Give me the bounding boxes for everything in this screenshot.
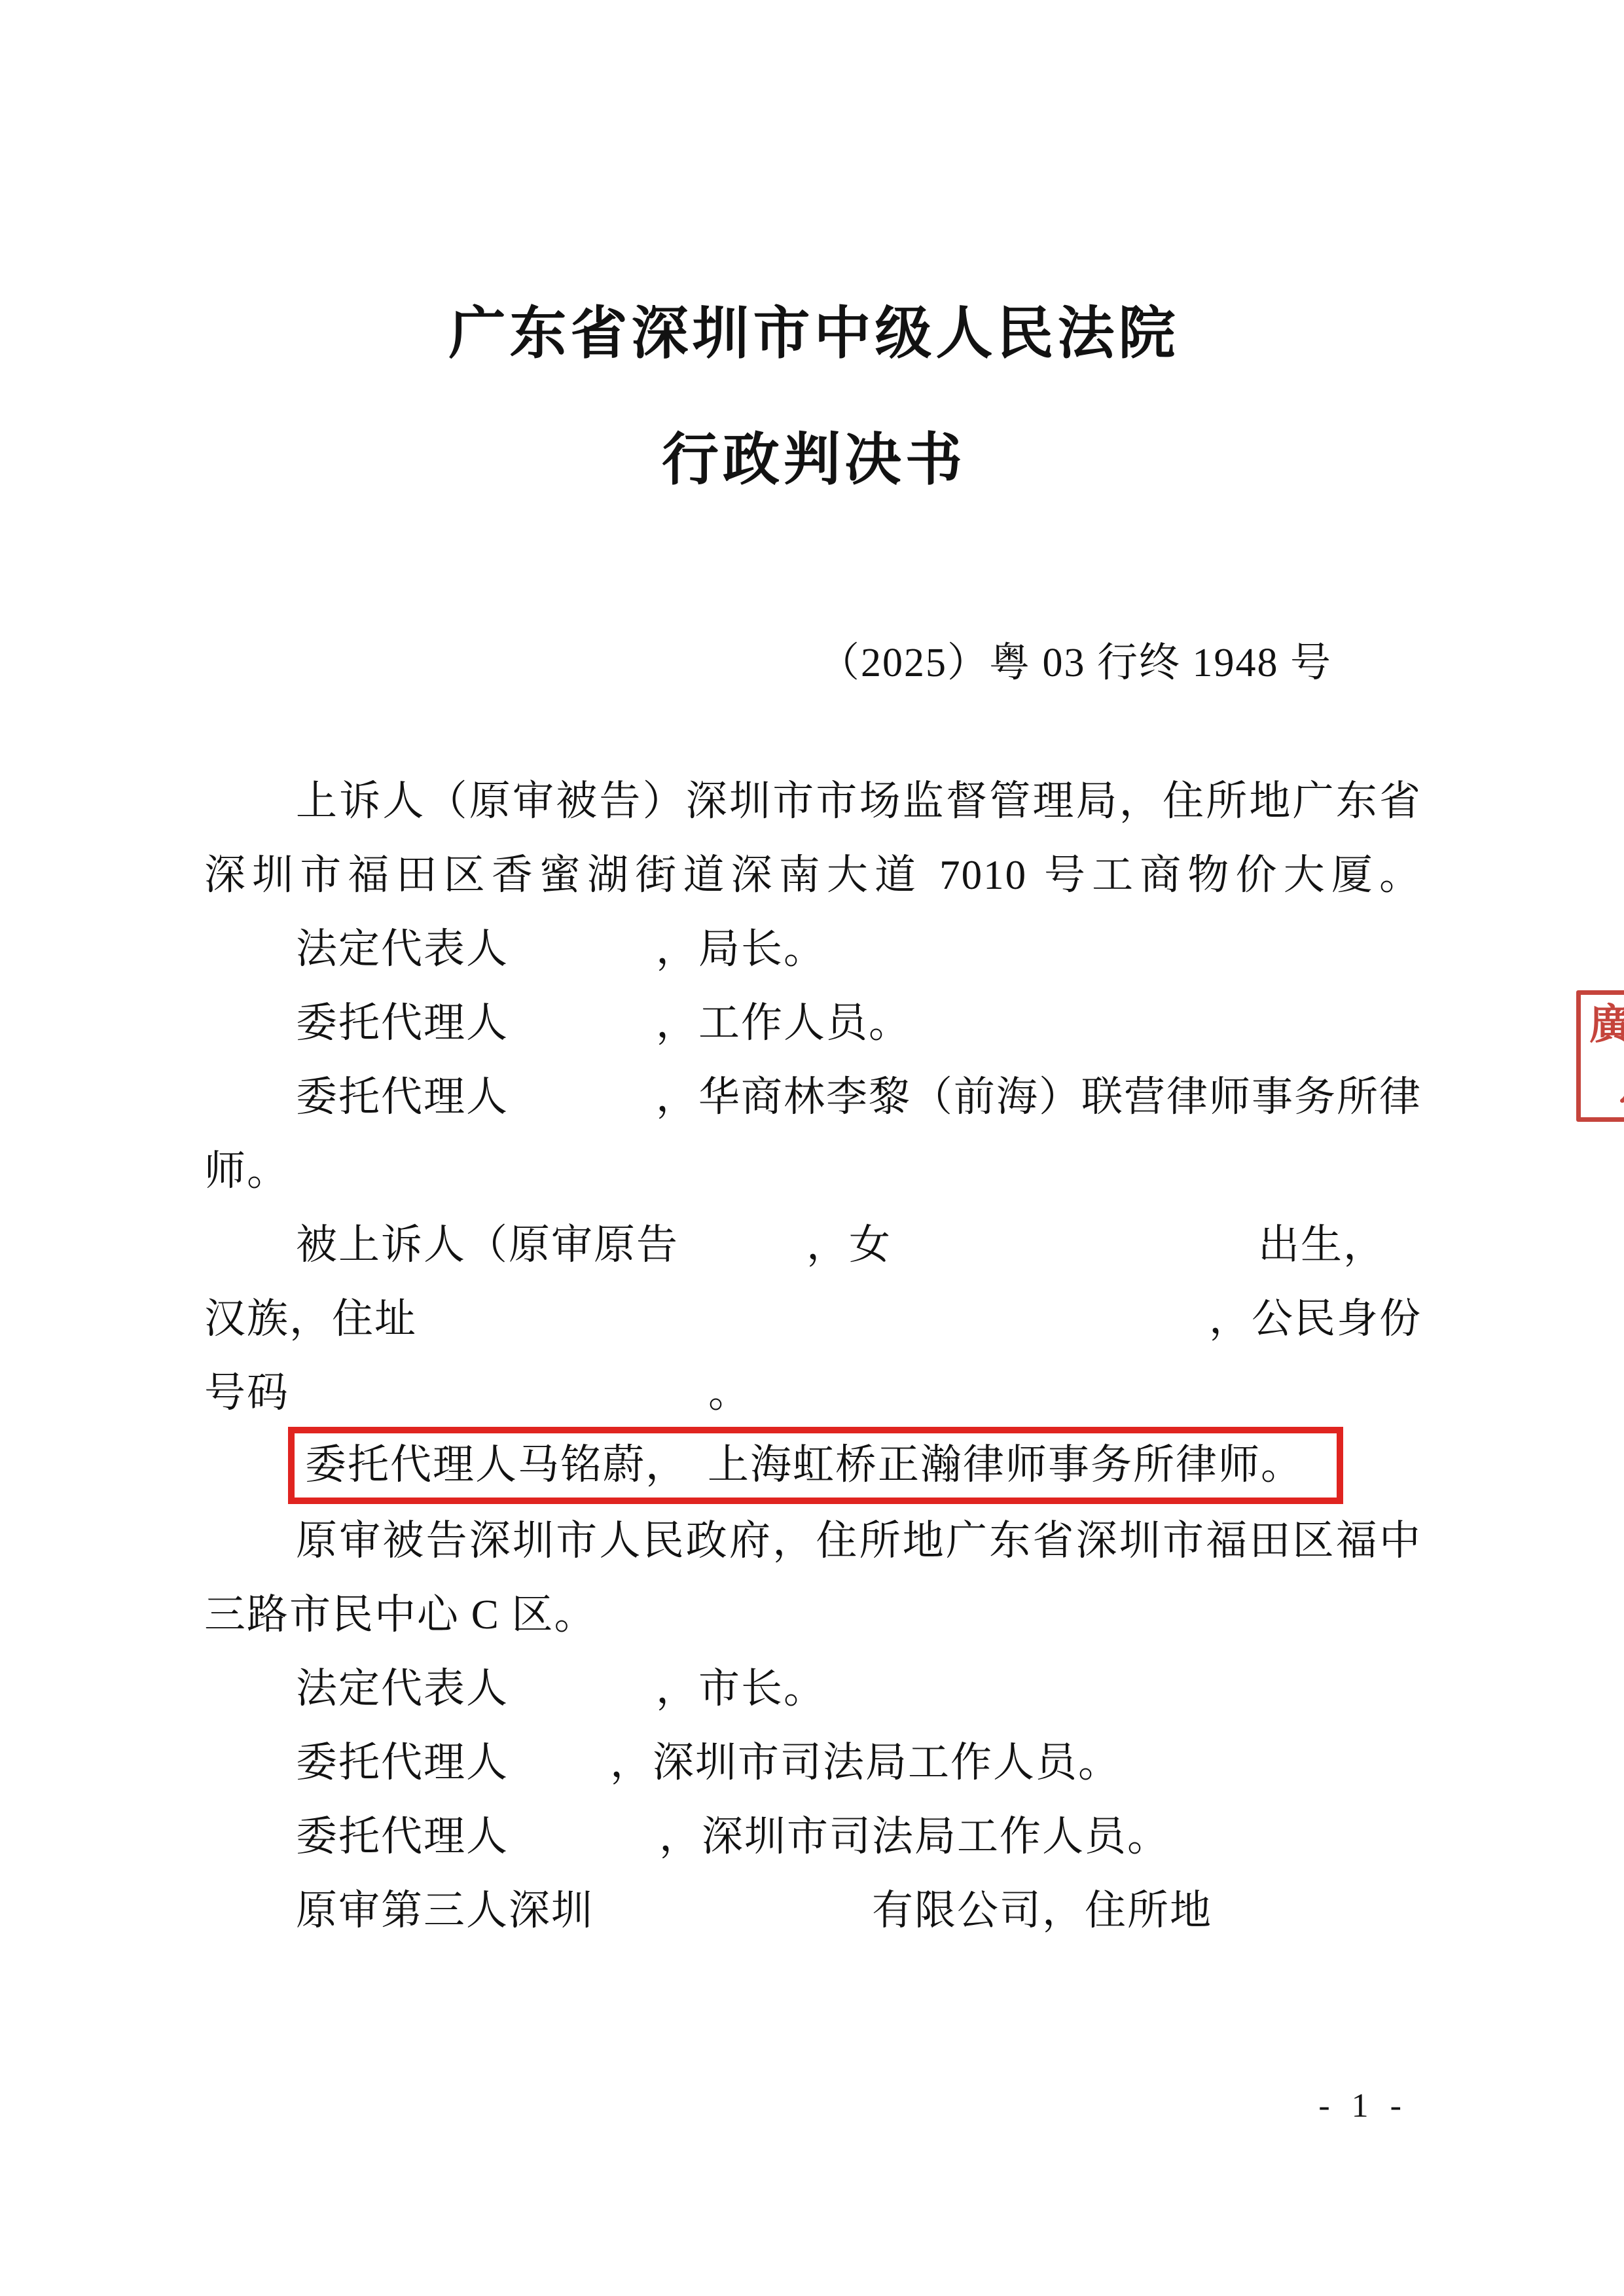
body-line: 原审被告深圳市人民政府，住所地广东省深圳市福田区福中 [204,1504,1422,1578]
body-text: ，局长。 [656,926,826,972]
body-line: 师。 [204,1134,1422,1208]
redacted-gap [688,1478,708,1479]
body-text: ，女 [806,1222,892,1268]
body-text: ，公民身份 [1209,1296,1422,1342]
redacted-gap [509,962,656,963]
judgment-document-page: 广东省深圳市中级人民法院 行政判决书 （2025）粤 03 行终 1948 号 … [0,0,1624,2296]
body-text: 上海虹桥正瀚律师事务所律师。 [708,1442,1303,1488]
body-line: 法定代表人，局长。 [204,912,1422,986]
body-line: 委托代理人，工作人员。 [204,986,1422,1060]
body-text: 上诉人（原审被告）深圳市市场监督管理局，住所地广东省 [296,778,1422,824]
body-text: ，深圳市司法局工作人员。 [610,1740,1121,1785]
body-text: ，工作人员。 [656,1000,911,1046]
redacted-gap [509,1110,656,1111]
redacted-gap [679,1258,806,1259]
body-line: 被上诉人（原审原告，女出生， [204,1208,1422,1282]
body-text: 被上诉人（原审原告 [296,1222,679,1268]
body-text: 原审第三人深圳 [296,1888,594,1933]
body-text: 委托代理人 [296,1814,509,1859]
body-line: 上诉人（原审被告）深圳市市场监督管理局，住所地广东省 [204,764,1422,838]
body-text: 委托代理人 [296,1074,509,1120]
body-text: 委托代理人 [296,1000,509,1046]
page-number: - 1 - [1318,2087,1408,2125]
body-line: 委托代理人，深圳市司法局工作人员。 [204,1726,1422,1800]
redacted-gap [289,1406,708,1407]
highlighted-body-line: 委托代理人马铭蔚，上海虹桥正瀚律师事务所律师。 [288,1427,1343,1504]
body-text: 三路市民中心 C 区。 [204,1592,597,1638]
body-text: 委托代理人 [296,1740,509,1785]
redacted-gap [417,1332,1209,1333]
body-text: 法定代表人 [296,926,509,972]
redacted-gap [509,1702,656,1702]
redacted-gap [594,1924,872,1924]
body-text: 有限公司，住所地 [872,1888,1212,1933]
redacted-gap [509,1036,656,1037]
body-text: 委托代理人马铭蔚， [305,1442,688,1488]
body-text: ，市长。 [656,1666,826,1712]
body-line: 原审第三人深圳有限公司，住所地 [204,1874,1422,1948]
body-line: 委托代理人，深圳市司法局工作人员。 [204,1800,1422,1874]
body-line: 汉族，住址，公民身份 [204,1282,1422,1356]
body-text: 汉族，住址 [204,1296,417,1342]
case-number: （2025）粤 03 行终 1948 号 [819,630,1332,688]
court-name-title: 广东省深圳市中级人民法院 [0,302,1624,365]
body-text: 出生， [1258,1222,1386,1268]
seal-text-row1: 廣東 [1589,1003,1624,1047]
body-text: ，华商林李黎（前海）联营律师事务所律 [656,1074,1422,1120]
body-text: 原审被告深圳市人民政府，住所地广东省深圳市福田区福中 [296,1518,1422,1564]
body-text: 号码 [204,1370,289,1416]
document-body: 上诉人（原审被告）深圳市市场监督管理局，住所地广东省深圳市福田区香蜜湖街道深南大… [204,764,1422,1956]
body-line: 三路市民中心 C 区。 [204,1578,1422,1652]
redacted-gap [509,1776,610,1776]
body-text: 。 [708,1370,751,1416]
body-line: 号码。 [204,1356,1422,1430]
official-red-seal: 廣東 馬 [1576,990,1624,1122]
body-text: ，深圳市司法局工作人员。 [659,1814,1170,1859]
body-line: 法定代表人，市长。 [204,1652,1422,1726]
body-line: 委托代理人，华商林李黎（前海）联营律师事务所律 [204,1060,1422,1134]
body-text: 师。 [204,1148,289,1194]
body-text: 深圳市福田区香蜜湖街道深南大道 7010 号工商物价大厦。 [204,852,1422,898]
seal-text-row2: 馬 [1619,1065,1624,1109]
body-text: 法定代表人 [296,1666,509,1712]
redacted-gap [509,1850,659,1850]
document-type-title: 行政判决书 [0,429,1624,492]
redacted-gap [892,1258,1258,1259]
body-line: 深圳市福田区香蜜湖街道深南大道 7010 号工商物价大厦。 [204,838,1422,912]
